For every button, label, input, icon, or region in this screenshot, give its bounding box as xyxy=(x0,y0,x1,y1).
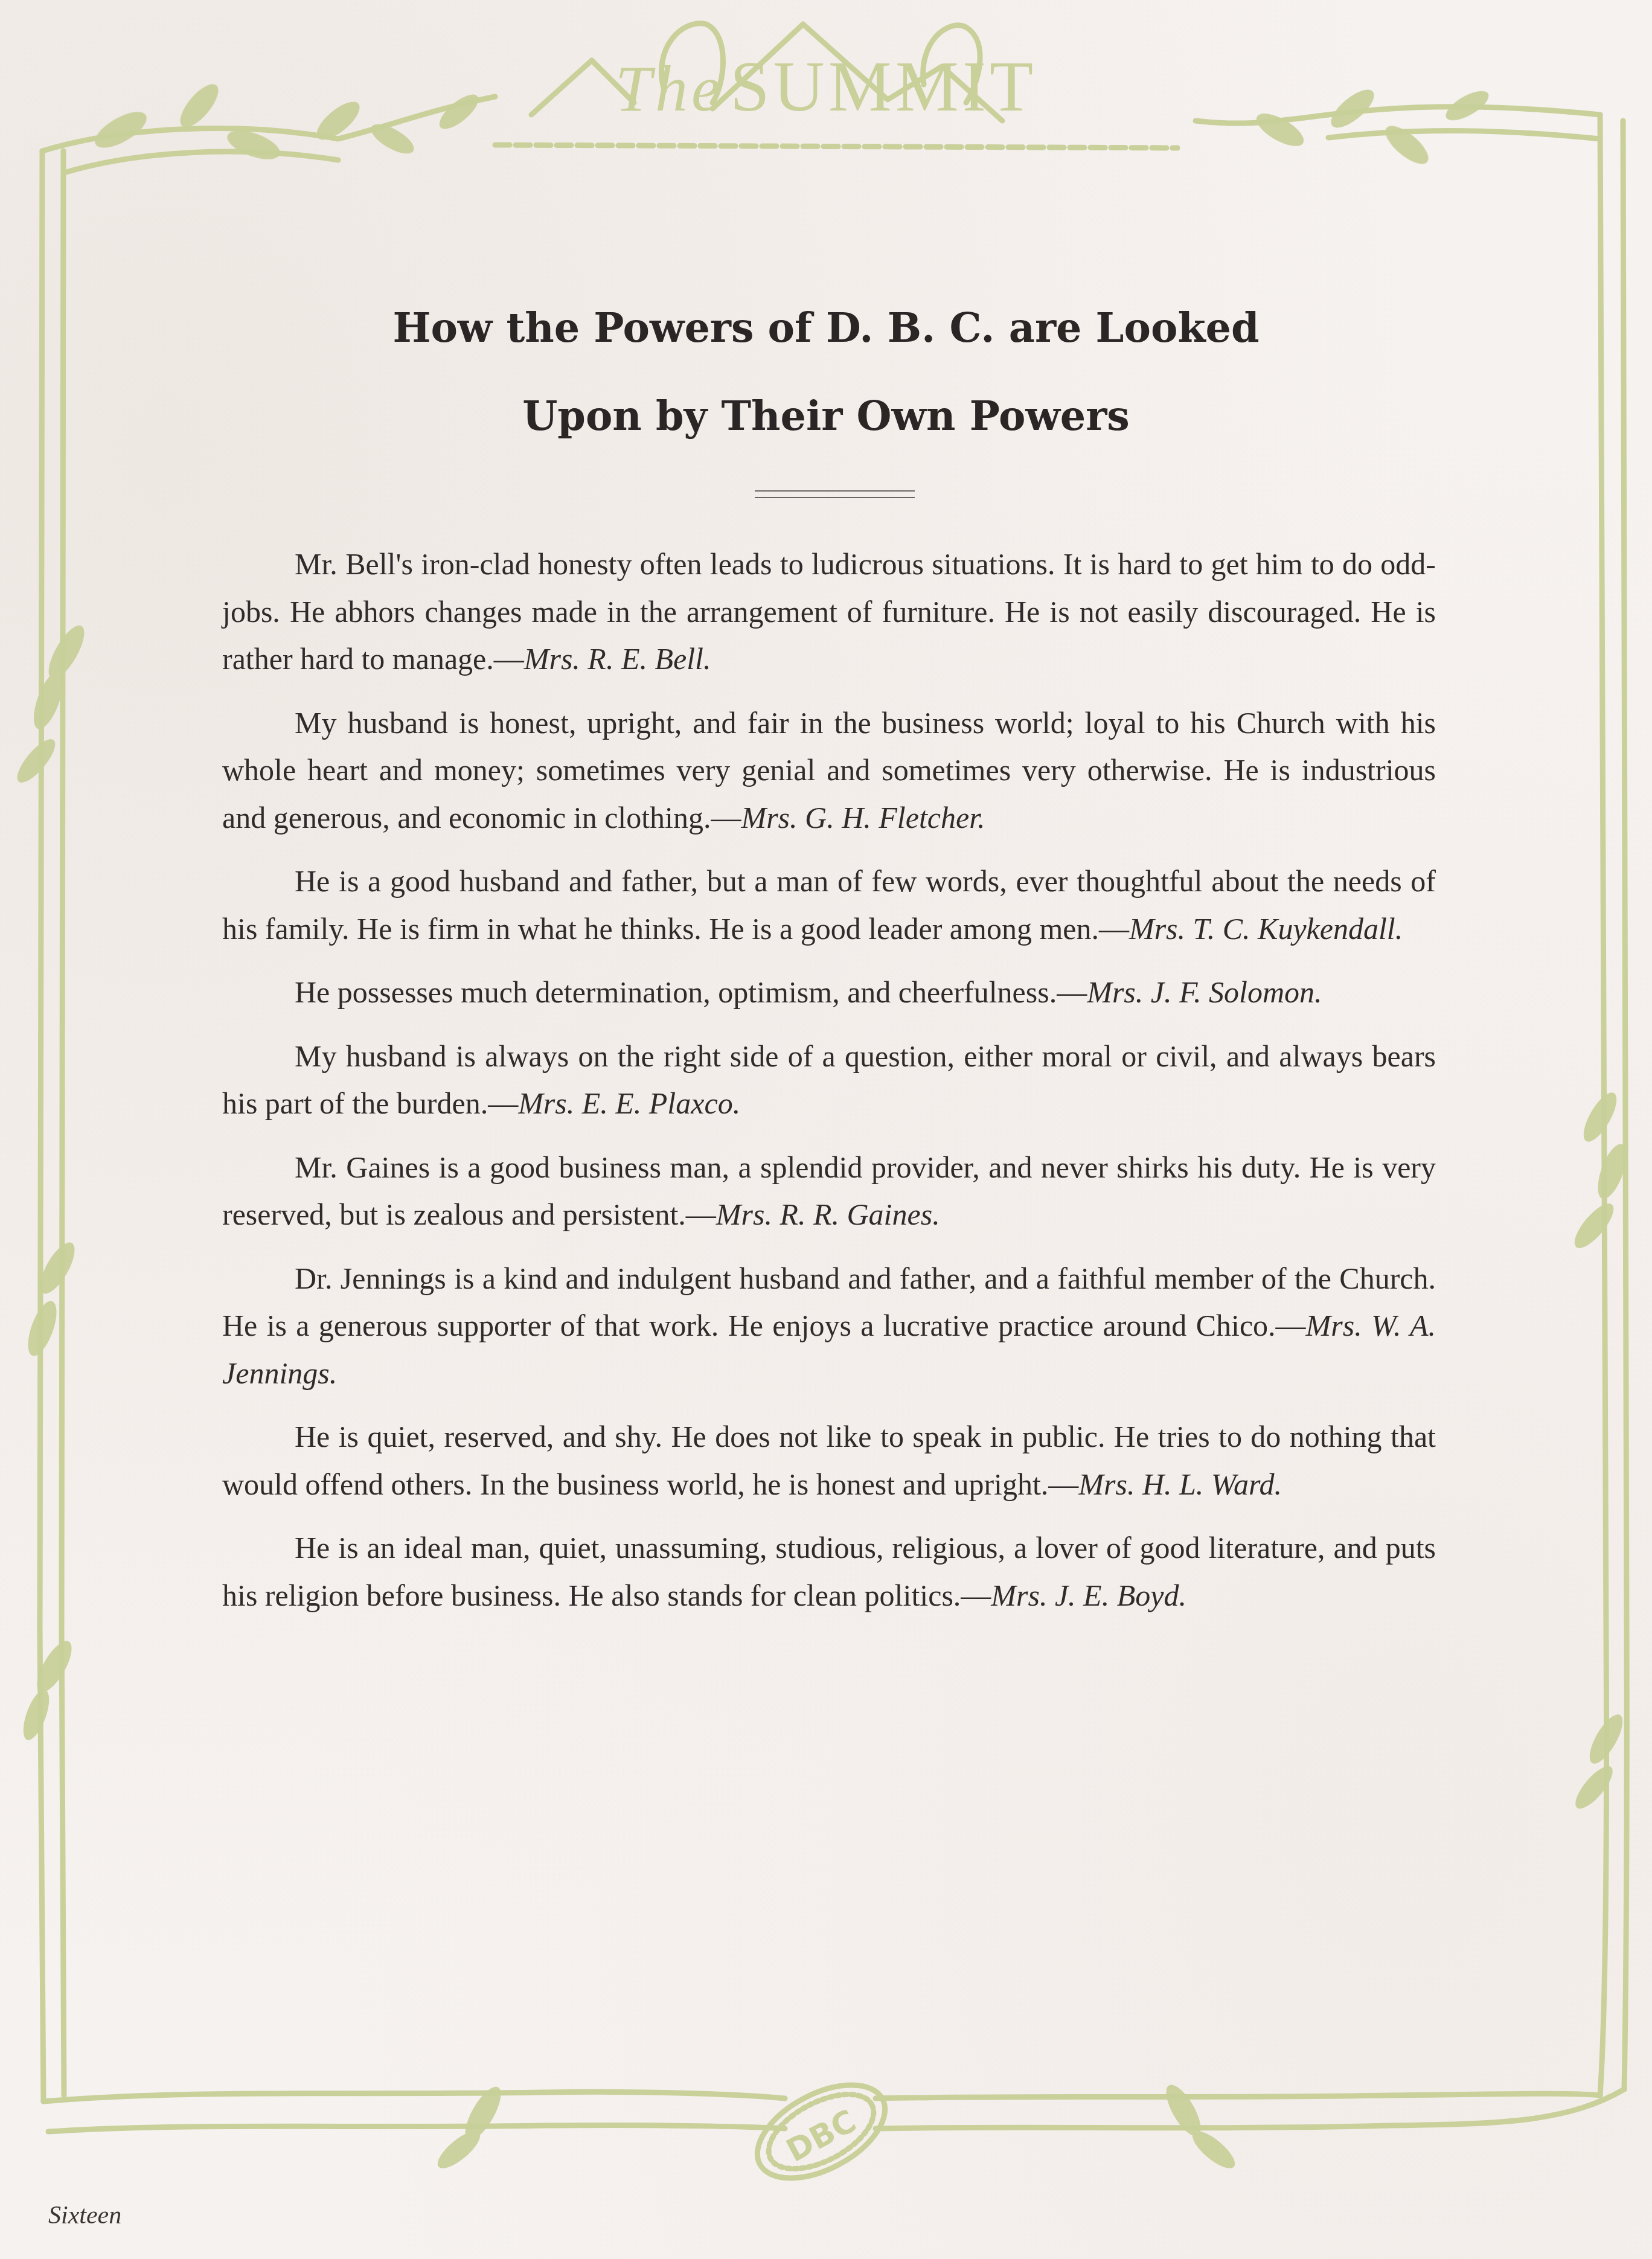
attribution: Mrs. R. R. Gaines. xyxy=(716,1197,940,1231)
paragraph-text: My husband is always on the right side o… xyxy=(222,1039,1436,1121)
paragraph-gaines: Mr. Gaines is a good business man, a spl… xyxy=(222,1144,1436,1238)
paragraph-kuykendall: He is a good husband and father, but a m… xyxy=(222,857,1436,952)
attribution: Mrs. J. F. Solomon. xyxy=(1087,975,1322,1009)
paragraph-bell: Mr. Bell's iron-clad honesty often leads… xyxy=(222,540,1436,683)
title-double-rule xyxy=(755,490,915,498)
paragraph-solomon: He possesses much determination, optimis… xyxy=(222,969,1436,1016)
attribution: Mrs. T. C. Kuykendall. xyxy=(1129,912,1403,946)
paragraph-plaxco: My husband is always on the right side o… xyxy=(222,1033,1436,1127)
masthead-name: SUMMIT xyxy=(730,47,1037,126)
paragraph-ward: He is quiet, reserved, and shy. He does … xyxy=(222,1413,1436,1508)
attribution: Mrs. R. E. Bell. xyxy=(524,642,711,676)
paragraph-jennings: Dr. Jennings is a kind and indulgent hus… xyxy=(222,1255,1436,1397)
article-title: How the Powers of D. B. C. are Looked Up… xyxy=(16,284,1635,460)
article-title-line-2: Upon by Their Own Powers xyxy=(522,392,1130,440)
masthead-logo: TheSUMMIT xyxy=(0,51,1652,123)
paragraph-text: He is an ideal man, quiet, unassuming, s… xyxy=(222,1531,1436,1612)
paragraph-text: Dr. Jennings is a kind and indulgent hus… xyxy=(222,1261,1436,1343)
attribution: Mrs. G. H. Fletcher. xyxy=(741,801,985,835)
page-number: Sixteen xyxy=(48,2201,121,2230)
article-title-line-1: How the Powers of D. B. C. are Looked xyxy=(392,304,1259,352)
paragraph-text: He possesses much determination, optimis… xyxy=(295,975,1087,1009)
attribution: Mrs. H. L. Ward. xyxy=(1078,1467,1282,1501)
attribution: Mrs. J. E. Boyd. xyxy=(991,1578,1186,1612)
masthead-the: The xyxy=(615,53,724,125)
article-body: Mr. Bell's iron-clad honesty often leads… xyxy=(222,540,1436,1635)
paragraph-text: Mr. Bell's iron-clad honesty often leads… xyxy=(222,547,1436,676)
paragraph-boyd: He is an ideal man, quiet, unassuming, s… xyxy=(222,1524,1436,1619)
paragraph-fletcher: My husband is honest, upright, and fair … xyxy=(222,699,1436,842)
attribution: Mrs. E. E. Plaxco. xyxy=(518,1086,740,1120)
